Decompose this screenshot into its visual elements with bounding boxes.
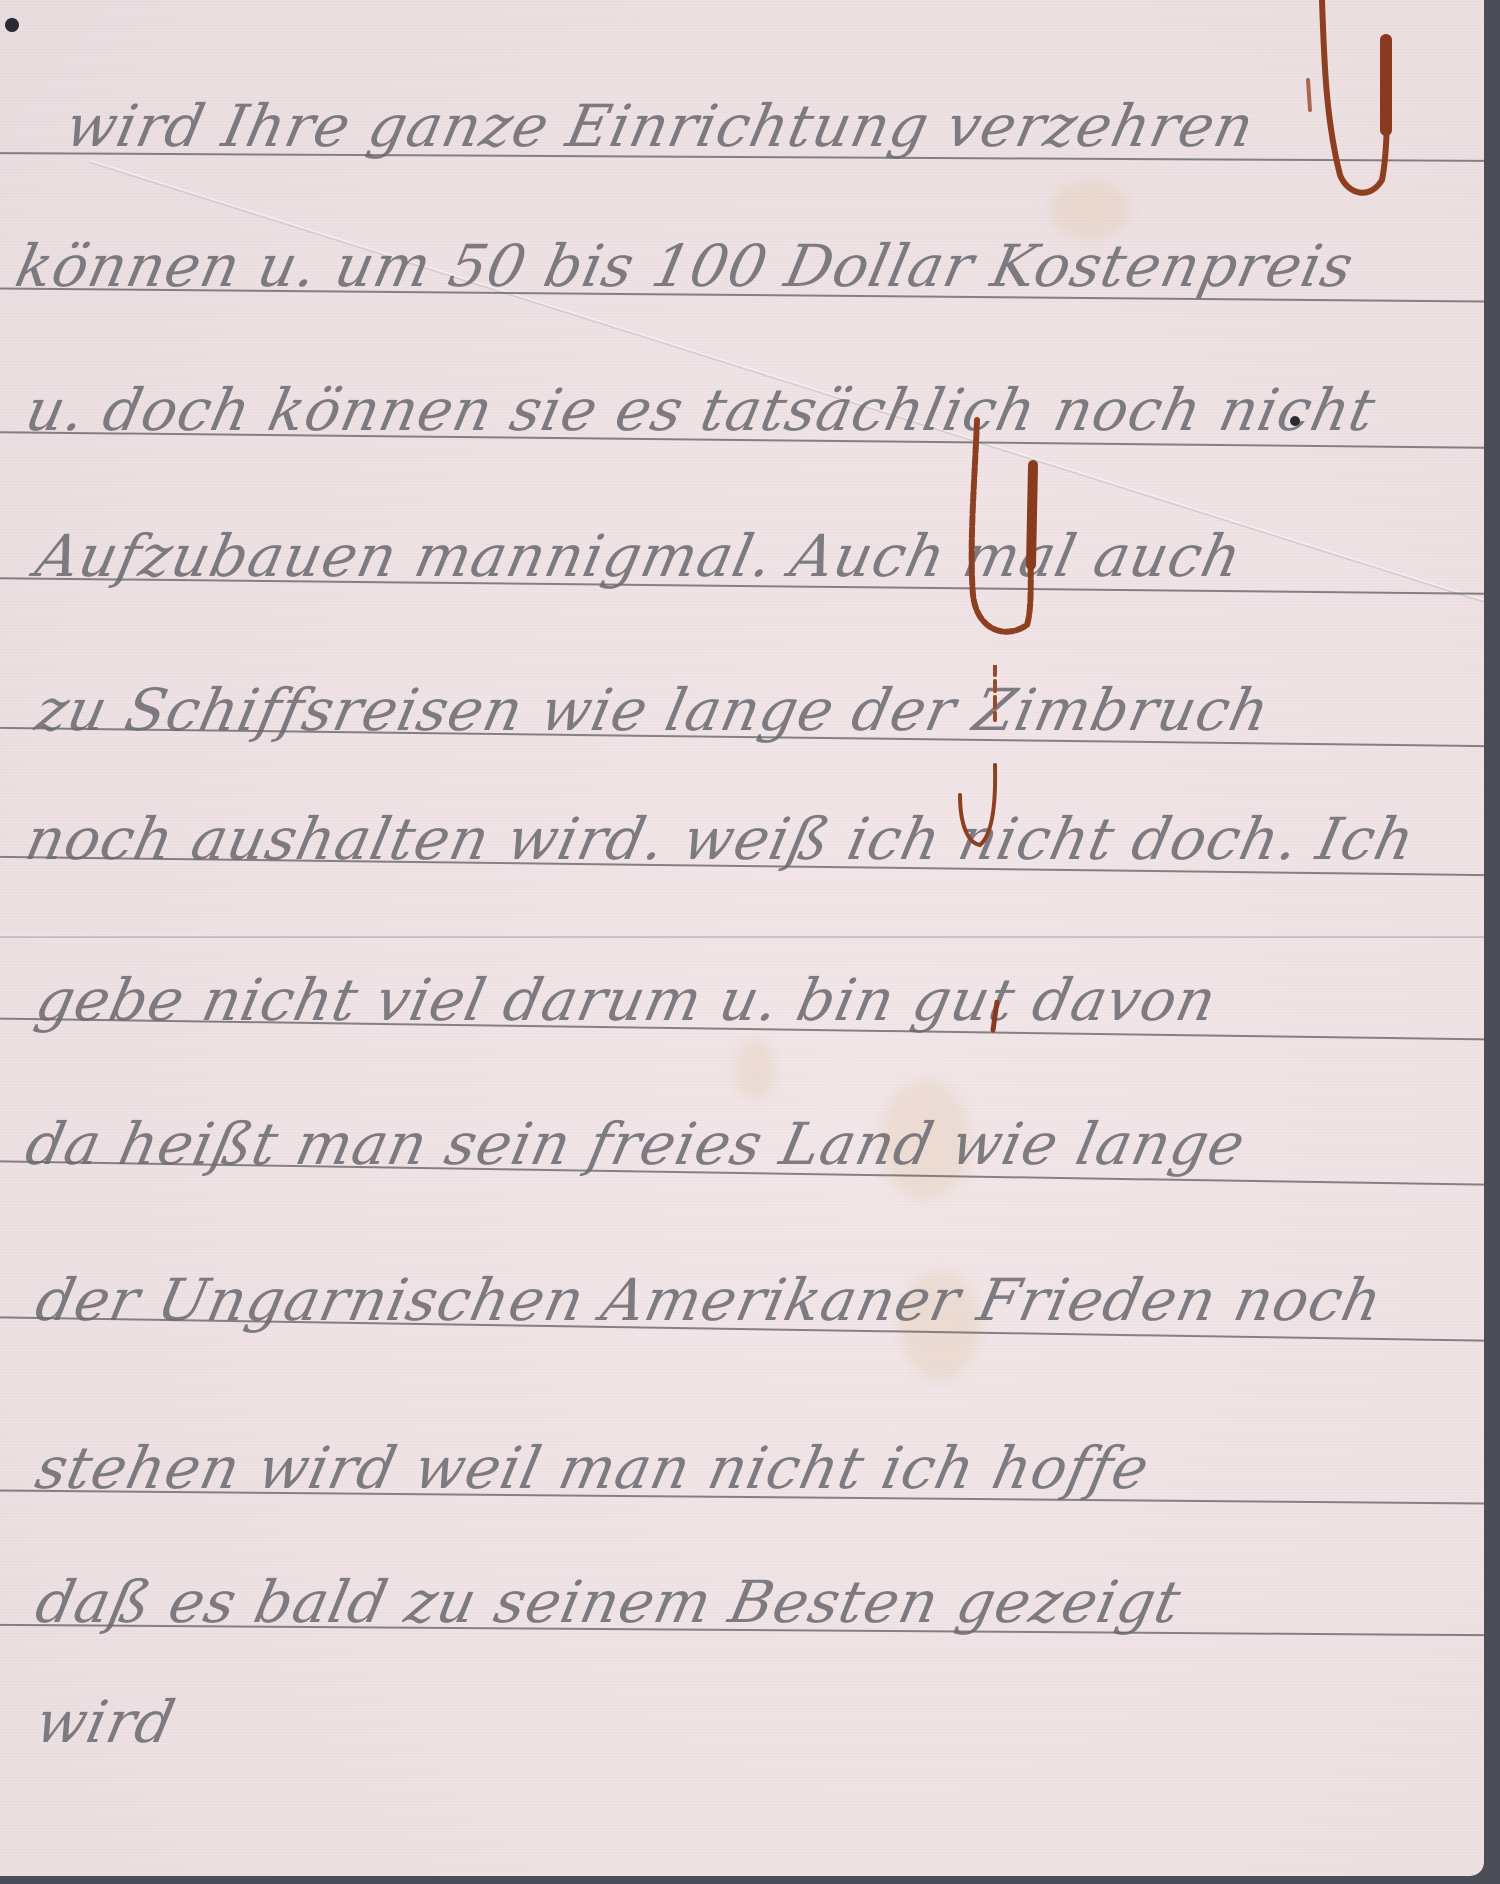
handwritten-line-1: wird Ihre ganze Einrichtung verzehren <box>60 92 1260 160</box>
handwritten-line-8: da heißt man sein freies Land wie lange <box>20 1110 1252 1178</box>
handwritten-line-6: noch aushalten wird. weiß ich nicht doch… <box>20 805 1421 873</box>
red-hook-mark-lower-icon <box>950 665 1030 855</box>
letter-page: wird Ihre ganze Einrichtung verzehren kö… <box>0 0 1484 1876</box>
handwritten-line-7: gebe nicht viel darum u. bin gut davon <box>30 966 1223 1034</box>
paper-fold <box>0 935 1484 939</box>
handwritten-line-3: u. doch können sie es tatsächlich noch n… <box>20 376 1382 444</box>
red-hook-mark-top-icon <box>1300 0 1420 210</box>
paper-stain <box>735 1040 775 1100</box>
handwritten-line-11: daß es bald zu seinem Besten gezeigt <box>30 1568 1187 1636</box>
handwritten-line-4: Aufzubauen mannigmal. Auch mal auch <box>30 522 1248 590</box>
handwritten-line-5: zu Schiffsreisen wie lange der Zimbruch <box>30 676 1276 744</box>
ink-dot <box>5 18 19 32</box>
red-hook-mark-middle-icon <box>955 415 1055 655</box>
red-small-mark-icon <box>985 1000 1005 1040</box>
handwritten-line-12: wird <box>30 1688 182 1756</box>
handwritten-line-9: der Ungarnischen Amerikaner Frieden noch <box>30 1266 1389 1334</box>
ink-dot <box>1290 416 1300 426</box>
paper-stain <box>1050 180 1130 240</box>
handwritten-line-10: stehen wird weil man nicht ich hoffe <box>30 1434 1156 1502</box>
handwritten-line-2: können u. um 50 bis 100 Dollar Kostenpre… <box>10 232 1360 300</box>
